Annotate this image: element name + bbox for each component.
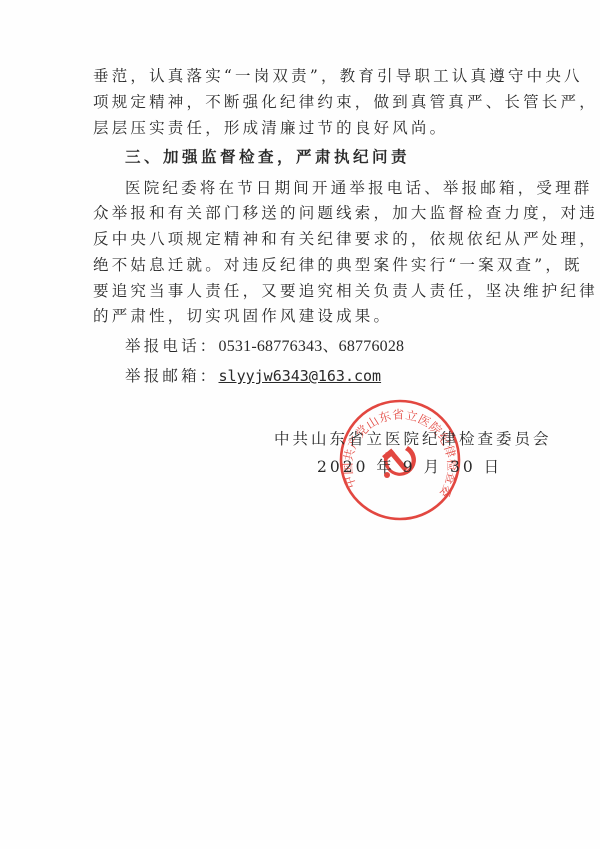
body-text-line: 绝不姑息迁就。对违反纪律的典型案件实行“一案双查”，既 [93, 255, 523, 275]
body-text-line: 众举报和有关部门移送的问题线索，加大监督检查力度，对违 [93, 203, 523, 223]
hotline-label: 举报电话： [125, 337, 219, 355]
body-text-line: 层层压实责任，形成清廉过节的良好风尚。 [93, 118, 523, 138]
body-text-line: 要追究当事人责任，又要追究相关负责人责任，坚决维护纪律 [93, 281, 523, 301]
body-text-line: 医院纪委将在节日期间开通举报电话、举报邮箱，受理群 [125, 178, 555, 198]
document-page: 垂范，认真落实“一岗双责”，教育引导职工认真遵守中央八 项规定精神，不断强化纪律… [0, 0, 600, 849]
mailbox-email-link[interactable]: slyyjw6343@163.com [219, 367, 382, 385]
body-text-line: 的严肃性，切实巩固作风建设成果。 [93, 306, 523, 326]
body-text-line: 垂范，认真落实“一岗双责”，教育引导职工认真遵守中央八 [93, 66, 523, 86]
hotline-row: 举报电话：0531-68776343、68776028 [125, 336, 555, 357]
body-text-line: 项规定精神，不断强化纪律约束，做到真管真严、长管长严， [93, 92, 523, 112]
signature-date: 2020 年 9 月 30 日 [317, 455, 502, 477]
svg-text:中国共产党山东省立医院纪律检查委员会: 中国共产党山东省立医院纪律检查委员会 [338, 398, 460, 500]
section-heading: 三、加强监督检查，严肃执纪问责 [125, 147, 555, 167]
mailbox-row: 举报邮箱：slyyjw6343@163.com [125, 366, 555, 386]
body-text-line: 反中央八项规定精神和有关纪律要求的，依规依纪从严处理， [93, 229, 523, 249]
mailbox-label: 举报邮箱： [125, 367, 219, 385]
signature-organization: 中共山东省立医院纪律检查委员会 [274, 427, 552, 449]
hotline-value: 0531-68776343、68776028 [219, 338, 405, 355]
